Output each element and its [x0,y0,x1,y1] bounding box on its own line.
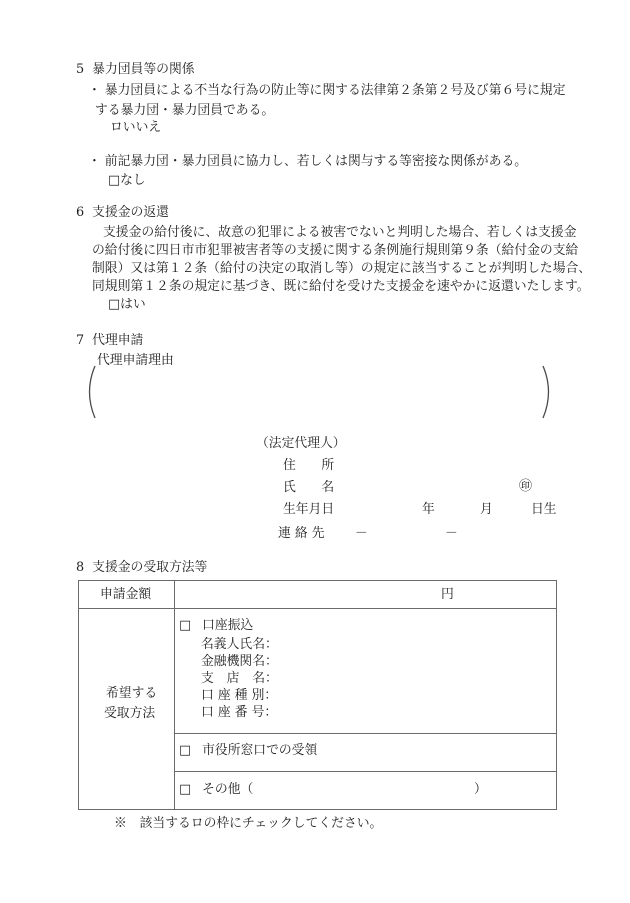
section6-number: 6 [76,205,84,220]
bank-field-institution: 金融機関名： [201,655,278,670]
s5-item1-line2: する暴力団・暴力団員である。 [95,104,274,119]
section5-title: 暴力団員等の関係 [92,62,194,77]
name-label: 氏 名 [283,481,334,496]
legal-rep-heading: （法定代理人） [256,437,346,452]
left-bracket-icon [82,365,98,419]
other-label: その他（ [202,782,253,797]
checkbox-icon[interactable]: □ [179,782,191,797]
section5-number: 5 [76,62,84,77]
amount-label-cell: 申請金額 [100,588,151,603]
contact-dash: － [355,527,368,542]
checkbox-relation-none[interactable]: □なし [108,174,146,189]
bank-field-holder-name: 名義人氏名： [201,638,278,653]
section6-heading: 6支援金の返還 [76,206,169,221]
section5-heading: 5暴力団員等の関係 [76,63,195,78]
table-row-divider [79,608,556,609]
method-label-line1: 希望する [106,687,157,702]
address-label: 住 所 [283,459,334,474]
city-counter-label: 市役所窓口での受領 [202,743,317,758]
payment-method-table: 申請金額 円 希望する 受取方法 □口座振込 名義人氏名： 金融機関名： 支 店… [78,580,557,810]
section8-title: 支援金の受取方法等 [92,560,207,575]
table-row-divider [174,771,556,772]
amount-unit-label: 円 [441,588,454,603]
s7-subtitle: 代理申請理由 [97,354,174,369]
section7-title: 代理申請 [92,333,143,348]
birth-label: 生年月日 [283,503,334,518]
contact-label: 連 絡 先 [278,527,325,542]
method-label-line2: 受取方法 [104,707,155,722]
s6-para-line2: の給付後に四日市市犯罪被害者等の支援に関する条例施行規則第９条（給付金の支給 [92,244,578,259]
table-column-divider [174,581,175,809]
footnote: ※ 該当するロの枠にチェックしてください。 [114,817,382,832]
birth-month-label: 月 [480,503,493,518]
checkbox-city-counter[interactable]: □市役所窓口での受領 [179,744,317,759]
birth-year-label: 年 [422,503,435,518]
s6-para-line4: 同規則第１２条の規定に基づき、既に給付を受けた支援金を速やかに返還いたします。 [92,280,590,295]
bank-field-branch: 支 店 名： [201,672,278,687]
s5-item2-line1: ・前記暴力団・暴力団員に協力し、若しくは関与する等密接な関係がある。 [88,155,527,170]
s6-para-line3: 制限）又は第１２条（給付の決定の取消し等）の規定に該当することが判明した場合、 [92,262,591,277]
section7-number: 7 [76,333,84,348]
right-bracket-icon [540,365,556,419]
bullet-icon: ・ [88,83,101,98]
birth-day-label: 日生 [531,503,557,518]
checkbox-bank-transfer[interactable]: □口座振込 [179,619,253,634]
contact-dash: － [445,527,458,542]
bullet-icon: ・ [88,154,101,169]
checkbox-other[interactable]: □その他（ [179,783,253,798]
section8-number: 8 [76,560,84,575]
bank-field-account-number: 口 座 番 号： [201,706,277,721]
checkbox-icon[interactable]: □ [179,743,191,758]
s6-para-line1: 支援金の給付後に、故意の犯罪による被害でないと判明した場合、若しくは支援金 [103,226,576,241]
checkbox-repayment-yes[interactable]: □はい [108,298,146,313]
seal-icon: ㊞ [519,480,532,495]
checkbox-icon[interactable]: □ [179,618,191,633]
s5-item1-line1: ・暴力団員による不当な行為の防止等に関する法律第２条第２号及び第６号に規定 [88,84,565,99]
checkbox-boryokudan-no[interactable]: ロいいえ [110,121,161,136]
section7-heading: 7代理申請 [76,334,143,349]
other-close-paren: ） [474,783,487,798]
table-row-divider [174,733,556,734]
application-form-page: 5暴力団員等の関係 ・暴力団員による不当な行為の防止等に関する法律第２条第２号及… [0,0,630,903]
section6-title: 支援金の返還 [92,205,169,220]
bank-transfer-label: 口座振込 [202,618,253,633]
bank-field-account-type: 口 座 種 別： [201,689,277,704]
section8-heading: 8支援金の受取方法等 [76,561,207,576]
